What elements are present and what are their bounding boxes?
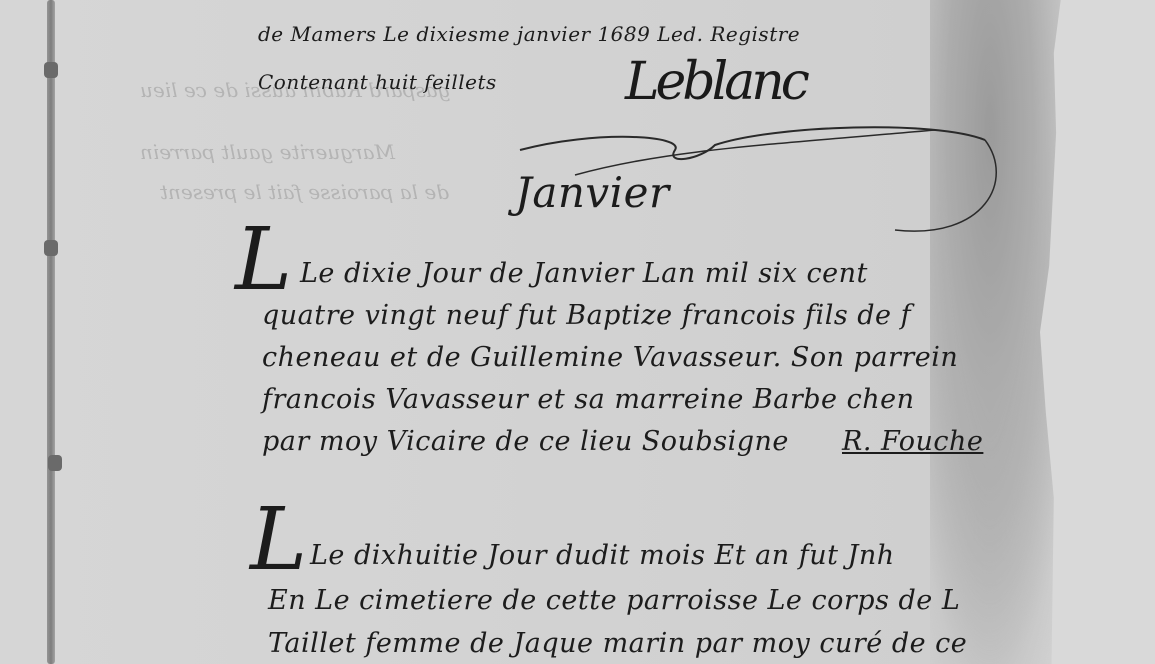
entry-initial: L: [235, 210, 292, 310]
priest-signature: R. Fouche: [842, 426, 983, 457]
binding-knot: [44, 240, 58, 256]
binding-knot: [48, 455, 62, 471]
header-line: Contenant huit feillets: [258, 70, 497, 94]
entry-line: quatre vingt neuf fut Baptize francois f…: [262, 300, 911, 331]
bleed-through-text: Marguerite gault parrein: [140, 140, 395, 164]
header-line: de Mamers Le dixiesme janvier 1689 Led. …: [258, 22, 800, 46]
bleed-through-text: de la paroisse fait le present: [160, 180, 449, 204]
entry-line: francois Vavasseur et sa marreine Barbe …: [262, 384, 914, 415]
entry-line: par moy Vicaire de ce lieu Soubsigne: [262, 426, 789, 457]
binding-thread: [47, 0, 55, 664]
header-signature: Leblanc: [625, 52, 806, 112]
entry-line: Le dixhuitie Jour dudit mois Et an fut J…: [310, 540, 895, 571]
entry-line: En Le cimetiere de cette parroisse Le co…: [268, 585, 960, 616]
month-heading: Janvier: [515, 168, 670, 217]
register-page: gaspard Rabin aussi de ce lieu Marguerit…: [0, 0, 1155, 664]
entry-line: Taillet femme de Jaque marin par moy cur…: [268, 628, 967, 659]
entry-line: cheneau et de Guillemine Vavasseur. Son …: [262, 342, 958, 373]
binding-knot: [44, 62, 58, 78]
entry-initial: L: [250, 490, 307, 590]
torn-edge: [1040, 0, 1155, 664]
entry-line: Le dixie Jour de Janvier Lan mil six cen…: [300, 258, 868, 289]
